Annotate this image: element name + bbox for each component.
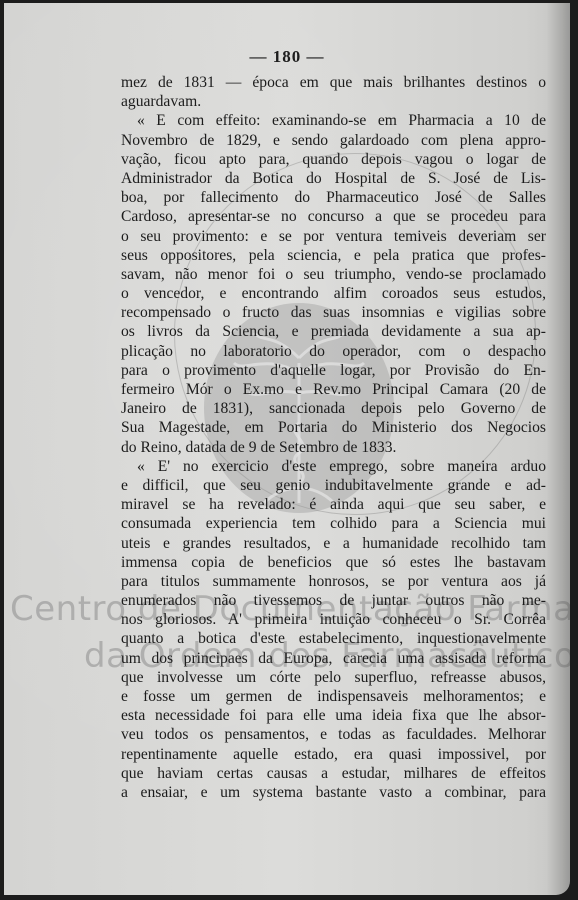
body-text: mez de 1831 — época em que mais brilhant…: [121, 73, 546, 802]
text-line: que involvesse um córte pelo superfluo, …: [121, 668, 546, 687]
text-line: repentinamente aquelle estado, era quasi…: [121, 745, 546, 764]
text-line: mez de 1831 — época em que mais brilhant…: [121, 73, 546, 92]
text-line: Novembro de 1829, e sendo galardoado com…: [121, 131, 546, 150]
text-line: o seu provimento: e se por ventura temiv…: [121, 227, 546, 246]
text-line: seus oppositores, pela sciencia, e pela …: [121, 246, 546, 265]
text-line: uteis e grandes resultados, e a humanida…: [121, 534, 546, 553]
text-line: para o provimento d'aquelle logar, por P…: [121, 361, 546, 380]
text-line: e fosse um germen de indispensaveis melh…: [121, 687, 546, 706]
text-line: Janeiro de 1831), sanccionada depois pel…: [121, 399, 546, 418]
text-line: enumerados não tivessemos de juntar outr…: [121, 591, 546, 610]
text-line: que haviam certas causas a estudar, milh…: [121, 764, 546, 783]
text-line: savam, não menor foi o seu triumpho, ven…: [121, 265, 546, 284]
text-line: Administrador da Botica do Hospital de S…: [121, 169, 546, 188]
page-spine-shadow: [546, 3, 570, 895]
page-number: — 180 —: [4, 47, 570, 67]
text-line: aguardavam.: [121, 92, 546, 111]
text-line: os livros da Sciencia, e premiada devida…: [121, 322, 546, 341]
text-line: veu todos os pensamentos, e todas as fac…: [121, 725, 546, 744]
scanned-page: Centro de Documentação Farmacêutica da O…: [4, 3, 570, 895]
text-line: miravel se ha revelado: é ainda aqui que…: [121, 495, 546, 514]
text-line: quanto a botica d'este estabelecimento, …: [121, 629, 546, 648]
text-line: vação, ficou apto para, quando depois va…: [121, 150, 546, 169]
text-line: para titulos summamente honrosos, se por…: [121, 572, 546, 591]
text-line: consumada experiencia tem colhido para a…: [121, 514, 546, 533]
text-line: esta necessidade foi para elle uma ideia…: [121, 706, 546, 725]
text-line: Sua Magestade, em Portaria do Ministerio…: [121, 418, 546, 437]
text-line: nos gloriosos. A' primeira intuição conh…: [121, 610, 546, 629]
text-line: recompensado o fructo das suas insomnias…: [121, 303, 546, 322]
text-line: plicação no laboratorio do operador, com…: [121, 342, 546, 361]
text-line: um dos principaes da Europa, carecia uma…: [121, 649, 546, 668]
text-line: immensa copia de beneficios que só estes…: [121, 553, 546, 572]
text-line: fermeiro Mór o Ex.mo e Rev.mo Principal …: [121, 380, 546, 399]
text-line: « E' no exercicio d'este emprego, sobre …: [121, 457, 546, 476]
text-line: o vencedor, e encontrando alfim coroados…: [121, 284, 546, 303]
text-line: a ensaiar, e um systema bastante vasto a…: [121, 783, 546, 802]
text-line: Cardoso, apresentar-se no concurso a que…: [121, 207, 546, 226]
text-line: « E com effeito: examinando-se em Pharma…: [121, 111, 546, 130]
text-line: do Reino, datada de 9 de Setembro de 183…: [121, 438, 546, 457]
text-line: boa, por fallecimento do Pharmaceutico J…: [121, 188, 546, 207]
text-line: e difficil, que seu genio indubitavelmen…: [121, 476, 546, 495]
